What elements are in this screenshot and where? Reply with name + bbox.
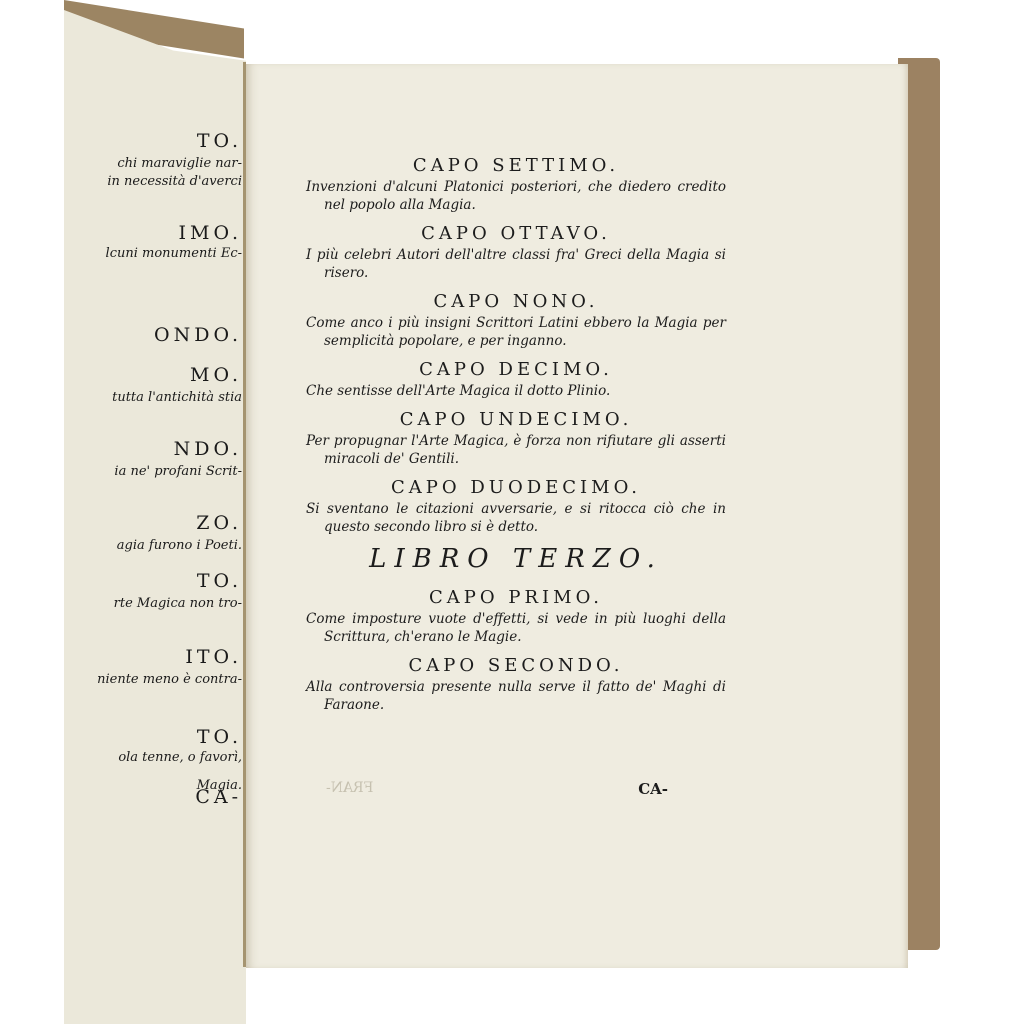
left-chapter-title-fragment: ZO. xyxy=(196,512,242,534)
left-description-fragment: ia ne' profani Scrit- xyxy=(114,464,242,479)
chapter-title: CAPO OTTAVO. xyxy=(306,222,726,246)
left-chapter-title-fragment: ITO. xyxy=(185,646,242,668)
left-description-fragment: chi maraviglie nar- xyxy=(117,156,242,171)
chapter-entry: CAPO OTTAVO.I più celebri Autori dell'al… xyxy=(306,222,726,282)
chapter-description: Come anco i più insigni Scrittori Latini… xyxy=(306,314,726,350)
chapter-entry: CAPO UNDECIMO.Per propugnar l'Arte Magic… xyxy=(306,408,726,468)
chapter-description: Si sventano le citazioni avversarie, e s… xyxy=(306,500,726,536)
left-chapter-title-fragment: TO. xyxy=(197,570,242,592)
chapter-title: CAPO DECIMO. xyxy=(306,358,726,382)
table-of-contents: CAPO SETTIMO.Invenzioni d'alcuni Platoni… xyxy=(306,154,726,722)
left-chapter-title-fragment: ONDO. xyxy=(154,324,242,346)
left-chapter-title-fragment: CA- xyxy=(195,786,242,808)
chapter-entry: CAPO DUODECIMO.Si sventano le citazioni … xyxy=(306,476,726,536)
chapter-title: CAPO SECONDO. xyxy=(306,654,726,678)
chapter-description: Per propugnar l'Arte Magica, è forza non… xyxy=(306,432,726,468)
chapter-entry: CAPO DECIMO.Che sentisse dell'Arte Magic… xyxy=(306,358,726,400)
right-page: CAPO SETTIMO.Invenzioni d'alcuni Platoni… xyxy=(246,64,908,968)
left-description-fragment: in necessità d'averci xyxy=(107,174,242,189)
left-description-fragment: lcuni monumenti Ec- xyxy=(106,246,242,261)
chapter-description: Come imposture vuote d'effetti, si vede … xyxy=(306,610,726,646)
left-chapter-title-fragment: TO. xyxy=(197,726,242,748)
left-description-fragment: tutta l'antichità stia xyxy=(112,390,242,405)
left-description-fragment: ola tenne, o favorì, xyxy=(118,750,242,765)
chapter-title: CAPO SETTIMO. xyxy=(306,154,726,178)
left-page: TO.chi maraviglie nar-in necessità d'ave… xyxy=(64,10,246,1024)
chapter-description: Invenzioni d'alcuni Platonici posteriori… xyxy=(306,178,726,214)
chapter-description: Che sentisse dell'Arte Magica il dotto P… xyxy=(306,382,726,400)
chapter-title: CAPO UNDECIMO. xyxy=(306,408,726,432)
chapter-title: CAPO DUODECIMO. xyxy=(306,476,726,500)
left-chapter-title-fragment: IMO. xyxy=(179,222,242,244)
book-heading: LIBRO TERZO. xyxy=(306,544,726,574)
left-chapter-title-fragment: MO. xyxy=(190,364,242,386)
left-description-fragment: rte Magica non tro- xyxy=(114,596,242,611)
chapter-title: CAPO PRIMO. xyxy=(306,586,726,610)
left-description-fragment: niente meno è contra- xyxy=(97,672,242,687)
chapter-description: I più celebri Autori dell'altre classi f… xyxy=(306,246,726,282)
chapter-description: Alla controversia presente nulla serve i… xyxy=(306,678,726,714)
chapter-entry: CAPO PRIMO.Come imposture vuote d'effett… xyxy=(306,586,726,646)
left-chapter-title-fragment: TO. xyxy=(197,130,242,152)
chapter-title: CAPO NONO. xyxy=(306,290,726,314)
left-chapter-title-fragment: NDO. xyxy=(174,438,242,460)
chapter-entry: CAPO SECONDO.Alla controversia presente … xyxy=(306,654,726,714)
catchword: CA- xyxy=(638,780,668,798)
left-description-fragment: agia furono i Poeti. xyxy=(117,538,242,553)
bleed-through-text: FRAN- xyxy=(326,780,373,796)
chapter-entry: CAPO NONO.Come anco i più insigni Scritt… xyxy=(306,290,726,350)
chapter-entry: CAPO SETTIMO.Invenzioni d'alcuni Platoni… xyxy=(306,154,726,214)
